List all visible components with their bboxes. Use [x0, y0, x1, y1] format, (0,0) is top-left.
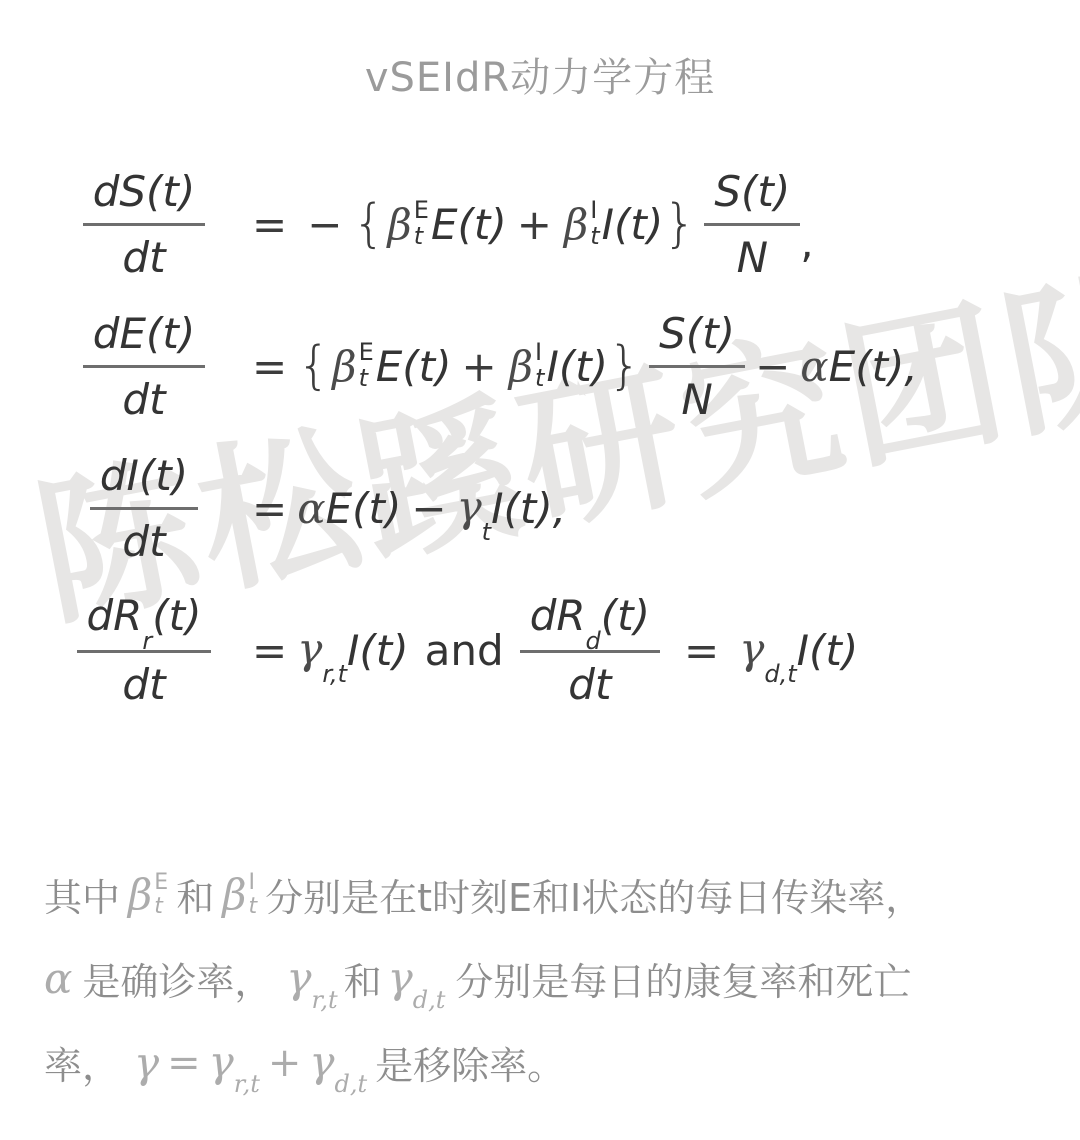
subscript-rt: r,t — [312, 986, 338, 1014]
superscript: I — [249, 871, 256, 894]
subscript-dt: d,t — [334, 1070, 367, 1098]
subscript-rt: r,t — [322, 660, 347, 688]
fraction-denominator: dt — [77, 650, 212, 709]
gamma-symbol: γ — [286, 953, 311, 1002]
subscript-r: r — [142, 627, 152, 655]
plus-sign: + — [517, 200, 552, 249]
fraction-denominator: N — [649, 365, 745, 424]
fraction-dIdt: dI(t) dt — [90, 451, 198, 566]
fraction-dRrdt: dRr(t) dt — [77, 591, 212, 709]
gamma-symbol: γ — [297, 624, 322, 673]
beta-symbol: β — [332, 342, 356, 391]
fraction-StN: S(t) N — [704, 167, 800, 282]
caption-text: 分别是每日的康复率和死亡 — [455, 951, 911, 1006]
equals-sign: = — [167, 1040, 201, 1086]
fraction-denominator: dt — [83, 223, 206, 282]
beta-symbol: β — [509, 342, 533, 391]
left-brace: { — [352, 194, 385, 254]
equation-block: dS(t) dt = − { β E t E(t) + β I t — [52, 155, 1080, 719]
fraction-numerator: dE(t) — [83, 309, 205, 365]
fraction-numerator: dI(t) — [90, 451, 198, 507]
subscript: t — [590, 224, 599, 250]
fraction-dSdt: dS(t) dt — [83, 167, 206, 282]
superscript: E — [359, 340, 374, 366]
term-It: I(t) — [546, 342, 608, 391]
term-It-comma: I(t), — [491, 484, 566, 533]
alpha-symbol: α — [800, 342, 828, 391]
term-of-t: (t) — [152, 591, 201, 640]
plus-sign: + — [268, 1040, 302, 1086]
beta-E-t: β E t — [388, 198, 429, 250]
equation-dE: dE(t) dt = { β E t E(t) + β I t — [52, 297, 1080, 435]
equals-sign: = — [252, 484, 287, 533]
subscript-dt: d,t — [764, 660, 796, 688]
beta-E-t: β E t — [332, 340, 373, 392]
caption-text: 和 — [176, 867, 214, 922]
gamma-symbol: γ — [457, 482, 482, 531]
caption-line-1: 其中 β E t 和 β I t 分别是在t时刻E和I状态的每日传染率， — [44, 867, 1080, 922]
beta-I-t: β I t — [564, 198, 600, 250]
left-brace: { — [297, 336, 330, 396]
caption-text: 是确诊率， — [82, 951, 272, 1006]
beta-symbol: β — [388, 200, 412, 249]
caption-text: 分别是在t时刻E和I状态的每日传染率， — [265, 867, 923, 922]
beta-symbol: β — [564, 200, 588, 249]
subscript: t — [249, 895, 258, 918]
supsub-stack: E t — [154, 871, 168, 917]
fraction-numerator: dS(t) — [83, 167, 206, 223]
caption-line-3: 率， γ = γr,t + γd,t 是移除率。 — [44, 1035, 1080, 1090]
fraction-numerator: S(t) — [649, 309, 745, 365]
supsub-stack: I t — [249, 871, 258, 917]
term-It: I(t) — [347, 626, 409, 675]
caption-block: 其中 β E t 和 β I t 分别是在t时刻E和I状态的每日传染率， α 是… — [44, 867, 1080, 1090]
term-dR: dR — [530, 591, 586, 640]
superscript: E — [154, 871, 168, 894]
fraction-dEdt: dE(t) dt — [83, 309, 205, 424]
slide-page: 陈松蹊研究团队 vSEIdR动力学方程 dS(t) dt = − { β E t… — [0, 0, 1080, 1140]
gamma-symbol: γ — [134, 1038, 159, 1087]
equation-dS: dS(t) dt = − { β E t E(t) + β I t — [52, 155, 1080, 293]
plus-sign: + — [462, 342, 497, 391]
gamma-symbol: γ — [739, 624, 764, 673]
equals-sign: = — [252, 342, 287, 391]
subscript: t — [359, 366, 368, 392]
term-dR: dR — [87, 591, 143, 640]
beta-symbol: β — [128, 870, 152, 919]
fraction-denominator: dt — [83, 365, 205, 424]
term-Et: E(t) — [326, 484, 402, 533]
fraction-dRddt: dRd(t) dt — [520, 591, 660, 709]
gamma-symbol: γ — [388, 953, 413, 1002]
beta-I-t: β I t — [509, 340, 545, 392]
beta-symbol: β — [222, 870, 246, 919]
subscript: t — [535, 366, 544, 392]
equals-sign: = — [252, 626, 287, 675]
subscript-dt: d,t — [413, 986, 446, 1014]
subscript: t — [154, 895, 163, 918]
gamma-symbol: γ — [209, 1037, 234, 1086]
equation-dI: dI(t) dt = α E(t) − γt I(t), — [52, 439, 1080, 577]
term-It: I(t) — [602, 200, 664, 249]
fraction-denominator: dt — [520, 650, 660, 709]
lhs-fraction-wrap: dE(t) dt — [52, 309, 236, 424]
supsub-stack: E t — [359, 340, 374, 392]
supsub-stack: I t — [590, 198, 599, 250]
subscript: t — [414, 224, 423, 250]
supsub-stack: E t — [414, 198, 429, 250]
gamma-rt: γr,t — [297, 624, 347, 676]
gamma-symbol: γ — [309, 1037, 334, 1086]
fraction-denominator: dt — [90, 507, 198, 566]
term-Et-comma: E(t), — [829, 342, 918, 391]
superscript: I — [535, 340, 542, 366]
minus-sign: − — [755, 342, 790, 391]
caption-text: 其中 — [44, 867, 120, 922]
caption-text: 和 — [344, 951, 382, 1006]
fraction-StN: S(t) N — [649, 309, 745, 424]
comma: , — [800, 218, 813, 293]
gamma-dt: γd,t — [739, 624, 796, 676]
fraction-denominator: N — [704, 223, 800, 282]
lhs-fraction-wrap: dS(t) dt — [52, 167, 236, 282]
lhs-fraction-wrap: dI(t) dt — [52, 451, 236, 566]
gamma-dt-inline: γd,t — [388, 953, 446, 1005]
term-Et: E(t) — [376, 342, 452, 391]
term-It: I(t) — [797, 626, 859, 675]
equals-sign: = — [684, 626, 719, 675]
fraction-numerator: S(t) — [704, 167, 800, 223]
term-Et: E(t) — [431, 200, 507, 249]
right-brace: } — [608, 336, 641, 396]
term-of-t: (t) — [601, 591, 650, 640]
right-brace: } — [663, 194, 696, 254]
gamma-t: γt — [457, 482, 492, 534]
gamma-rt-inline: γr,t — [286, 953, 337, 1005]
gamma-rt-inline: γr,t — [209, 1037, 260, 1089]
superscript: E — [414, 198, 429, 224]
fraction-numerator: dRd(t) — [520, 591, 660, 650]
fraction-numerator: dRr(t) — [77, 591, 212, 650]
alpha-symbol: α — [44, 954, 72, 1003]
caption-line-2: α 是确诊率， γr,t 和 γd,t 分别是每日的康复率和死亡 — [44, 951, 1080, 1006]
alpha-symbol: α — [297, 484, 325, 533]
supsub-stack: I t — [535, 340, 544, 392]
subscript-d: d — [586, 627, 601, 655]
minus-sign: − — [411, 484, 446, 533]
subscript: t — [482, 518, 491, 546]
subscript-rt: r,t — [234, 1070, 260, 1098]
lhs-fraction-wrap: dRr(t) dt — [52, 591, 236, 709]
beta-E-t-inline: β E t — [128, 870, 168, 919]
page-title: vSEIdR动力学方程 — [0, 0, 1080, 103]
gamma-dt-inline: γd,t — [309, 1037, 367, 1089]
beta-I-t-inline: β I t — [222, 870, 257, 919]
caption-text: 是移除率。 — [375, 1035, 565, 1090]
superscript: I — [590, 198, 597, 224]
equation-dR: dRr(t) dt = γr,t I(t) and dRd(t) dt = γd… — [52, 581, 1080, 719]
equals-sign: = — [252, 200, 287, 249]
caption-text: 率， — [44, 1035, 120, 1090]
minus-sign: − — [307, 200, 342, 249]
and-word: and — [425, 626, 504, 675]
